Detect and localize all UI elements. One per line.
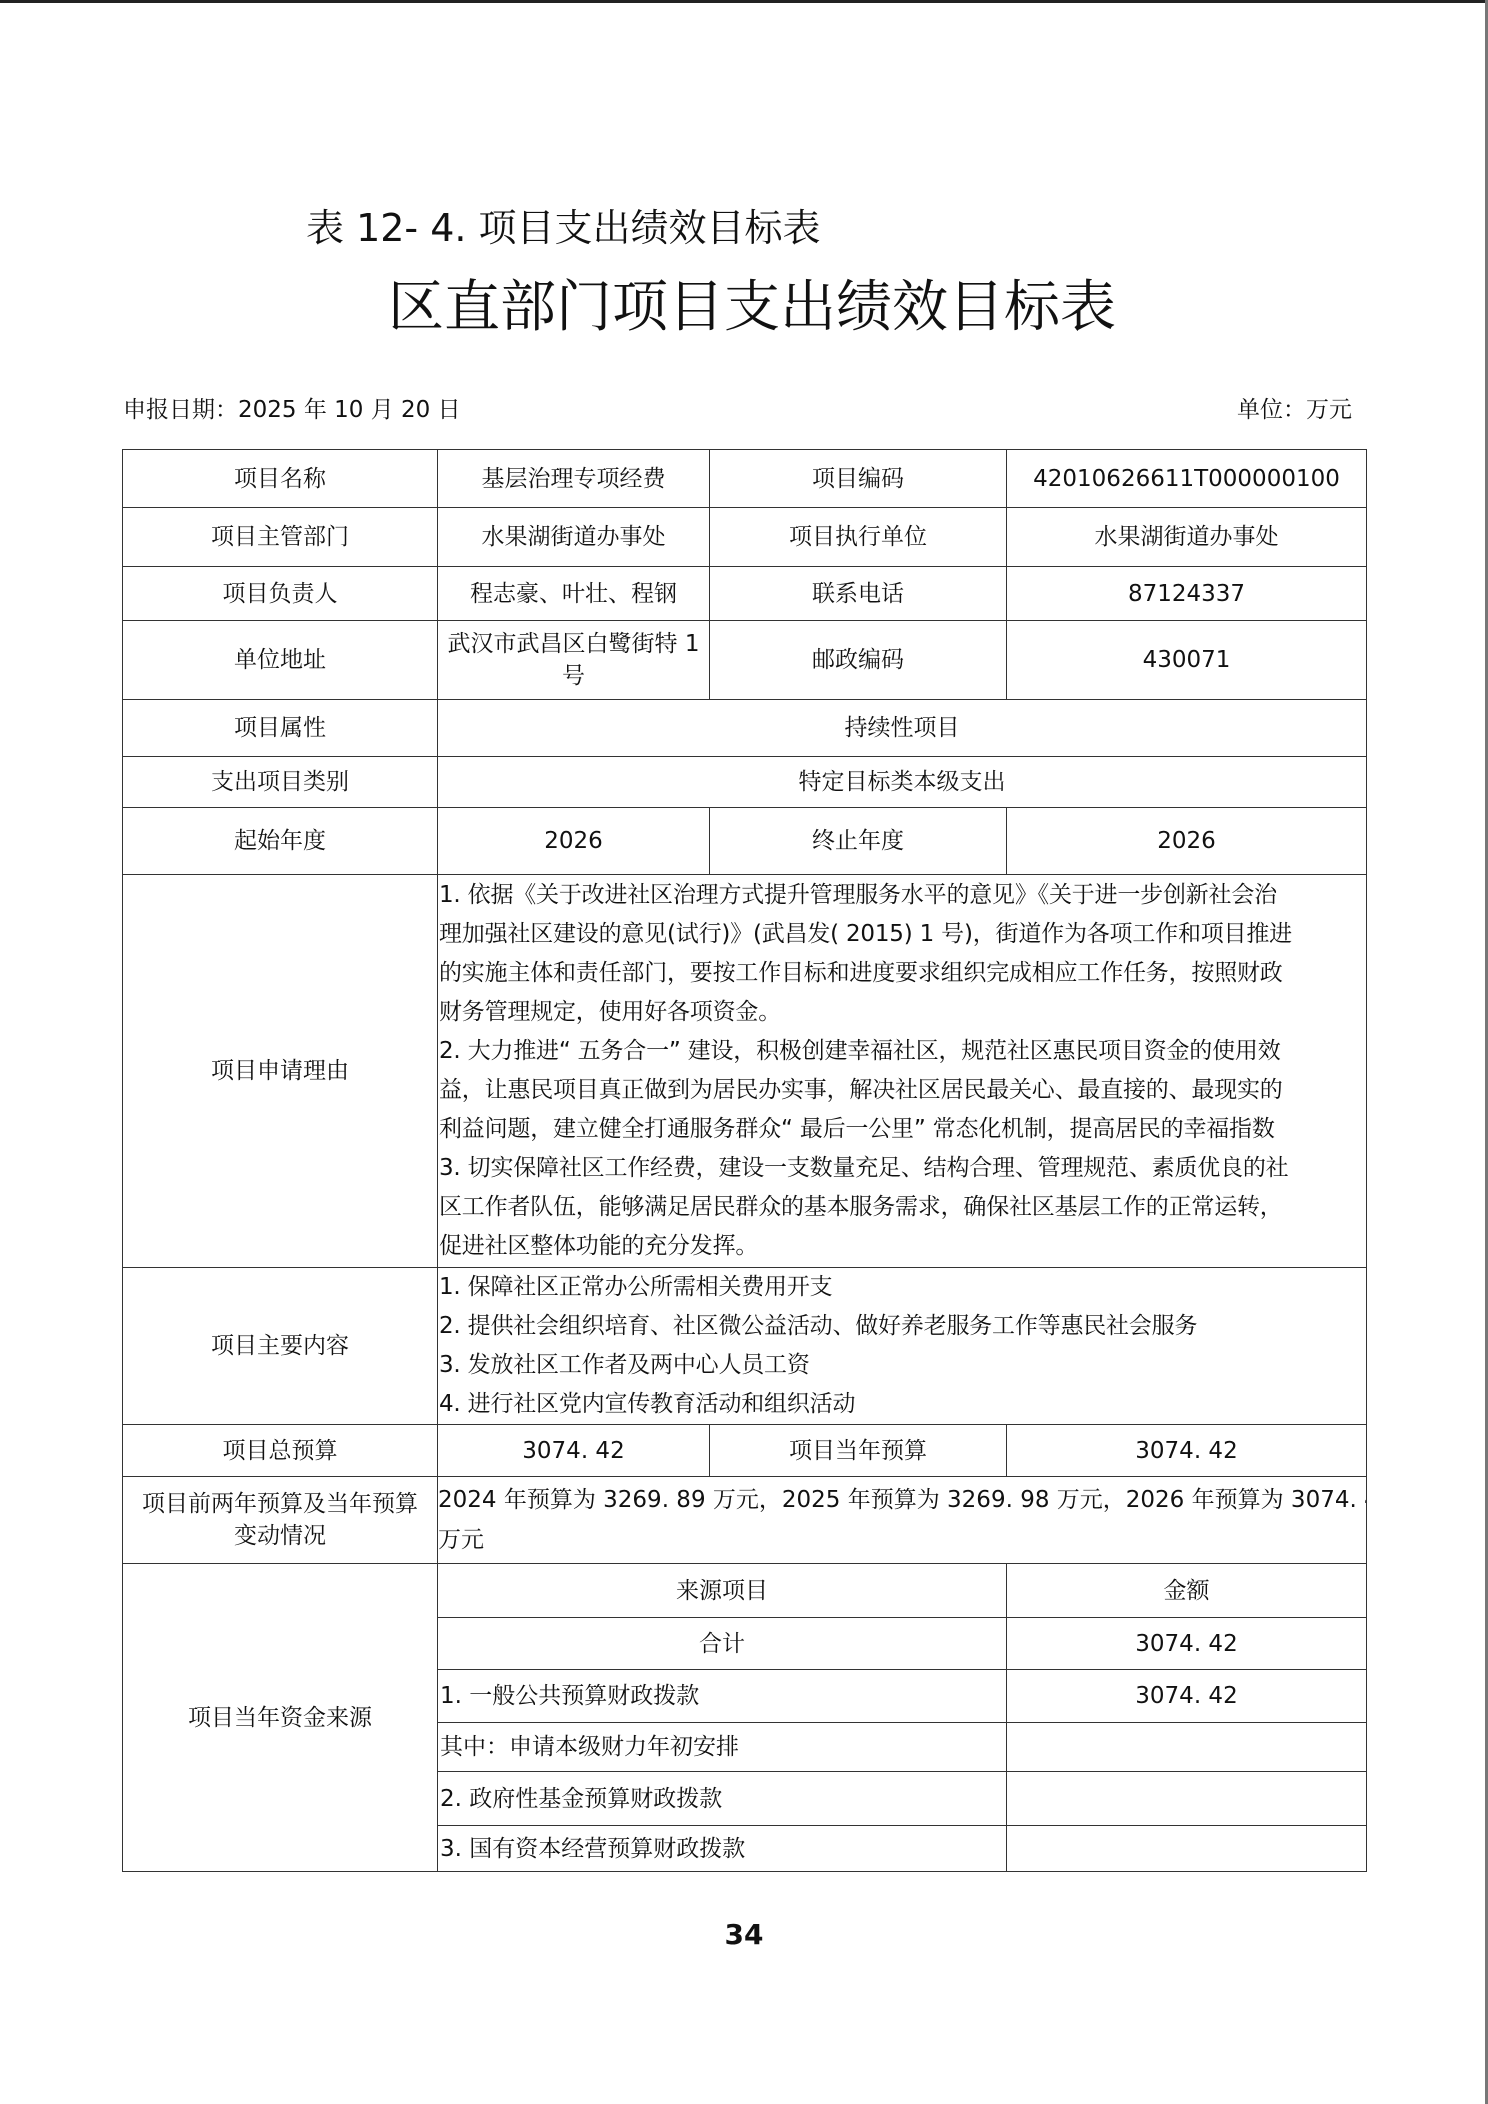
project-code-value: 42010626611T000000100 [1006,449,1367,508]
reason-line: 促进社区整体功能的充分发挥。 [439,1227,758,1266]
dept-label: 项目主管部门 [122,507,438,567]
category-value: 特定目标类本级支出 [437,756,1367,808]
address-value: 武汉市武昌区白鹭街特 1 号 [437,620,710,700]
attr-label: 项目属性 [122,699,438,757]
budget-change-line: 万元 [438,1520,484,1560]
attr-value: 持续性项目 [437,699,1367,757]
start-year-value: 2026 [437,807,710,875]
dept-value: 水果湖街道办事处 [437,507,710,567]
report-date: 申报日期：2025 年 10 月 20 日 [123,396,461,424]
postcode-label: 邮政编码 [709,620,1007,700]
reason-line: 理加强社区建设的意见(试行)》(武昌发( 2015) 1 号)，街道作为各项工作… [439,915,1292,954]
funding-row-source: 2. 政府性基金预算财政拨款 [437,1771,1007,1826]
budget-change-label: 项目前两年预算及当年预算 变动情况 [122,1476,438,1564]
funding-row-amount: 3074. 42 [1006,1669,1367,1723]
reason-label: 项目申请理由 [122,874,438,1268]
year-budget-label: 项目当年预算 [709,1424,1007,1477]
project-code-label: 项目编码 [709,449,1007,508]
project-name-label: 项目名称 [122,449,438,508]
table-number-heading: 表 12- 4. 项目支出绩效目标表 [306,204,821,252]
reason-line: 的实施主体和责任部门，要按工作目标和进度要求组织完成相应工作任务，按照财政 [439,954,1283,993]
reason-line: 3. 切实保障社区工作经费，建设一支数量充足、结构合理、管理规范、素质优良的社 [439,1149,1288,1188]
funding-row-source: 其中：申请本级财力年初安排 [437,1722,1007,1772]
address-line: 号 [562,660,585,692]
reason-line: 财务管理规定，使用好各项资金。 [439,993,781,1032]
funding-row-source: 1. 一般公共预算财政拨款 [437,1669,1007,1723]
exec-unit-value: 水果湖街道办事处 [1006,507,1367,567]
category-label: 支出项目类别 [122,756,438,808]
reason-line: 2. 大力推进“ 五务合一” 建设，积极创建幸福社区，规范社区惠民项目资金的使用… [439,1032,1281,1071]
address-line: 武汉市武昌区白鹭街特 1 [448,628,700,660]
budget-change-value: 2024 年预算为 3269. 89 万元，2025 年预算为 3269. 98… [437,1476,1367,1564]
reason-line: 益，让惠民项目真正做到为居民办实事，解决社区居民最关心、最直接的、最现实的 [439,1071,1283,1110]
funding-row-source: 合计 [437,1617,1007,1670]
funding-header-amount: 金额 [1006,1563,1367,1618]
end-year-value: 2026 [1006,807,1367,875]
content-line: 4. 进行社区党内宣传教育活动和组织活动 [439,1385,855,1424]
budget-change-label-line: 变动情况 [234,1520,326,1552]
total-budget-value: 3074. 42 [437,1424,710,1477]
content-value: 1. 保障社区正常办公所需相关费用开支 2. 提供社会组织培育、社区微公益活动、… [437,1267,1367,1425]
end-year-label: 终止年度 [709,807,1007,875]
unit-label: 单位：万元 [1237,396,1352,424]
project-name-value: 基层治理专项经费 [437,449,710,508]
funding-row-amount [1006,1722,1367,1772]
page-top-border [0,0,1488,3]
page-number: 34 [0,1918,1488,1952]
phone-label: 联系电话 [709,566,1007,621]
content-line: 2. 提供社会组织培育、社区微公益活动、做好养老服务工作等惠民社会服务 [439,1307,1197,1346]
year-budget-value: 3074. 42 [1006,1424,1367,1477]
exec-unit-label: 项目执行单位 [709,507,1007,567]
funding-header-source: 来源项目 [437,1563,1007,1618]
content-line: 3. 发放社区工作者及两中心人员工资 [439,1346,810,1385]
funding-source-label: 项目当年资金来源 [122,1563,438,1872]
reason-line: 区工作者队伍，能够满足居民群众的基本服务需求，确保社区基层工作的正常运转， [439,1188,1283,1227]
content-label: 项目主要内容 [122,1267,438,1425]
start-year-label: 起始年度 [122,807,438,875]
budget-change-line: 2024 年预算为 3269. 89 万元，2025 年预算为 3269. 98… [438,1480,1367,1520]
funding-row-amount [1006,1771,1367,1826]
funding-row-source: 3. 国有资本经营预算财政拨款 [437,1825,1007,1872]
reason-line: 1. 依据《关于改进社区治理方式提升管理服务水平的意见》《关于进一步创新社会治 [439,876,1277,915]
funding-row-amount [1006,1825,1367,1872]
total-budget-label: 项目总预算 [122,1424,438,1477]
reason-line: 利益问题，建立健全打通服务群众“ 最后一公里” 常态化机制，提高居民的幸福指数 [439,1110,1275,1149]
reason-value: 1. 依据《关于改进社区治理方式提升管理服务水平的意见》《关于进一步创新社会治 … [437,874,1367,1268]
leader-value: 程志豪、叶壮、程钢 [437,566,710,621]
page-title: 区直部门项目支出绩效目标表 [388,276,1116,340]
leader-label: 项目负责人 [122,566,438,621]
postcode-value: 430071 [1006,620,1367,700]
address-label: 单位地址 [122,620,438,700]
phone-value: 87124337 [1006,566,1367,621]
funding-row-amount: 3074. 42 [1006,1617,1367,1670]
content-line: 1. 保障社区正常办公所需相关费用开支 [439,1268,832,1307]
budget-change-label-line: 项目前两年预算及当年预算 [142,1488,418,1520]
